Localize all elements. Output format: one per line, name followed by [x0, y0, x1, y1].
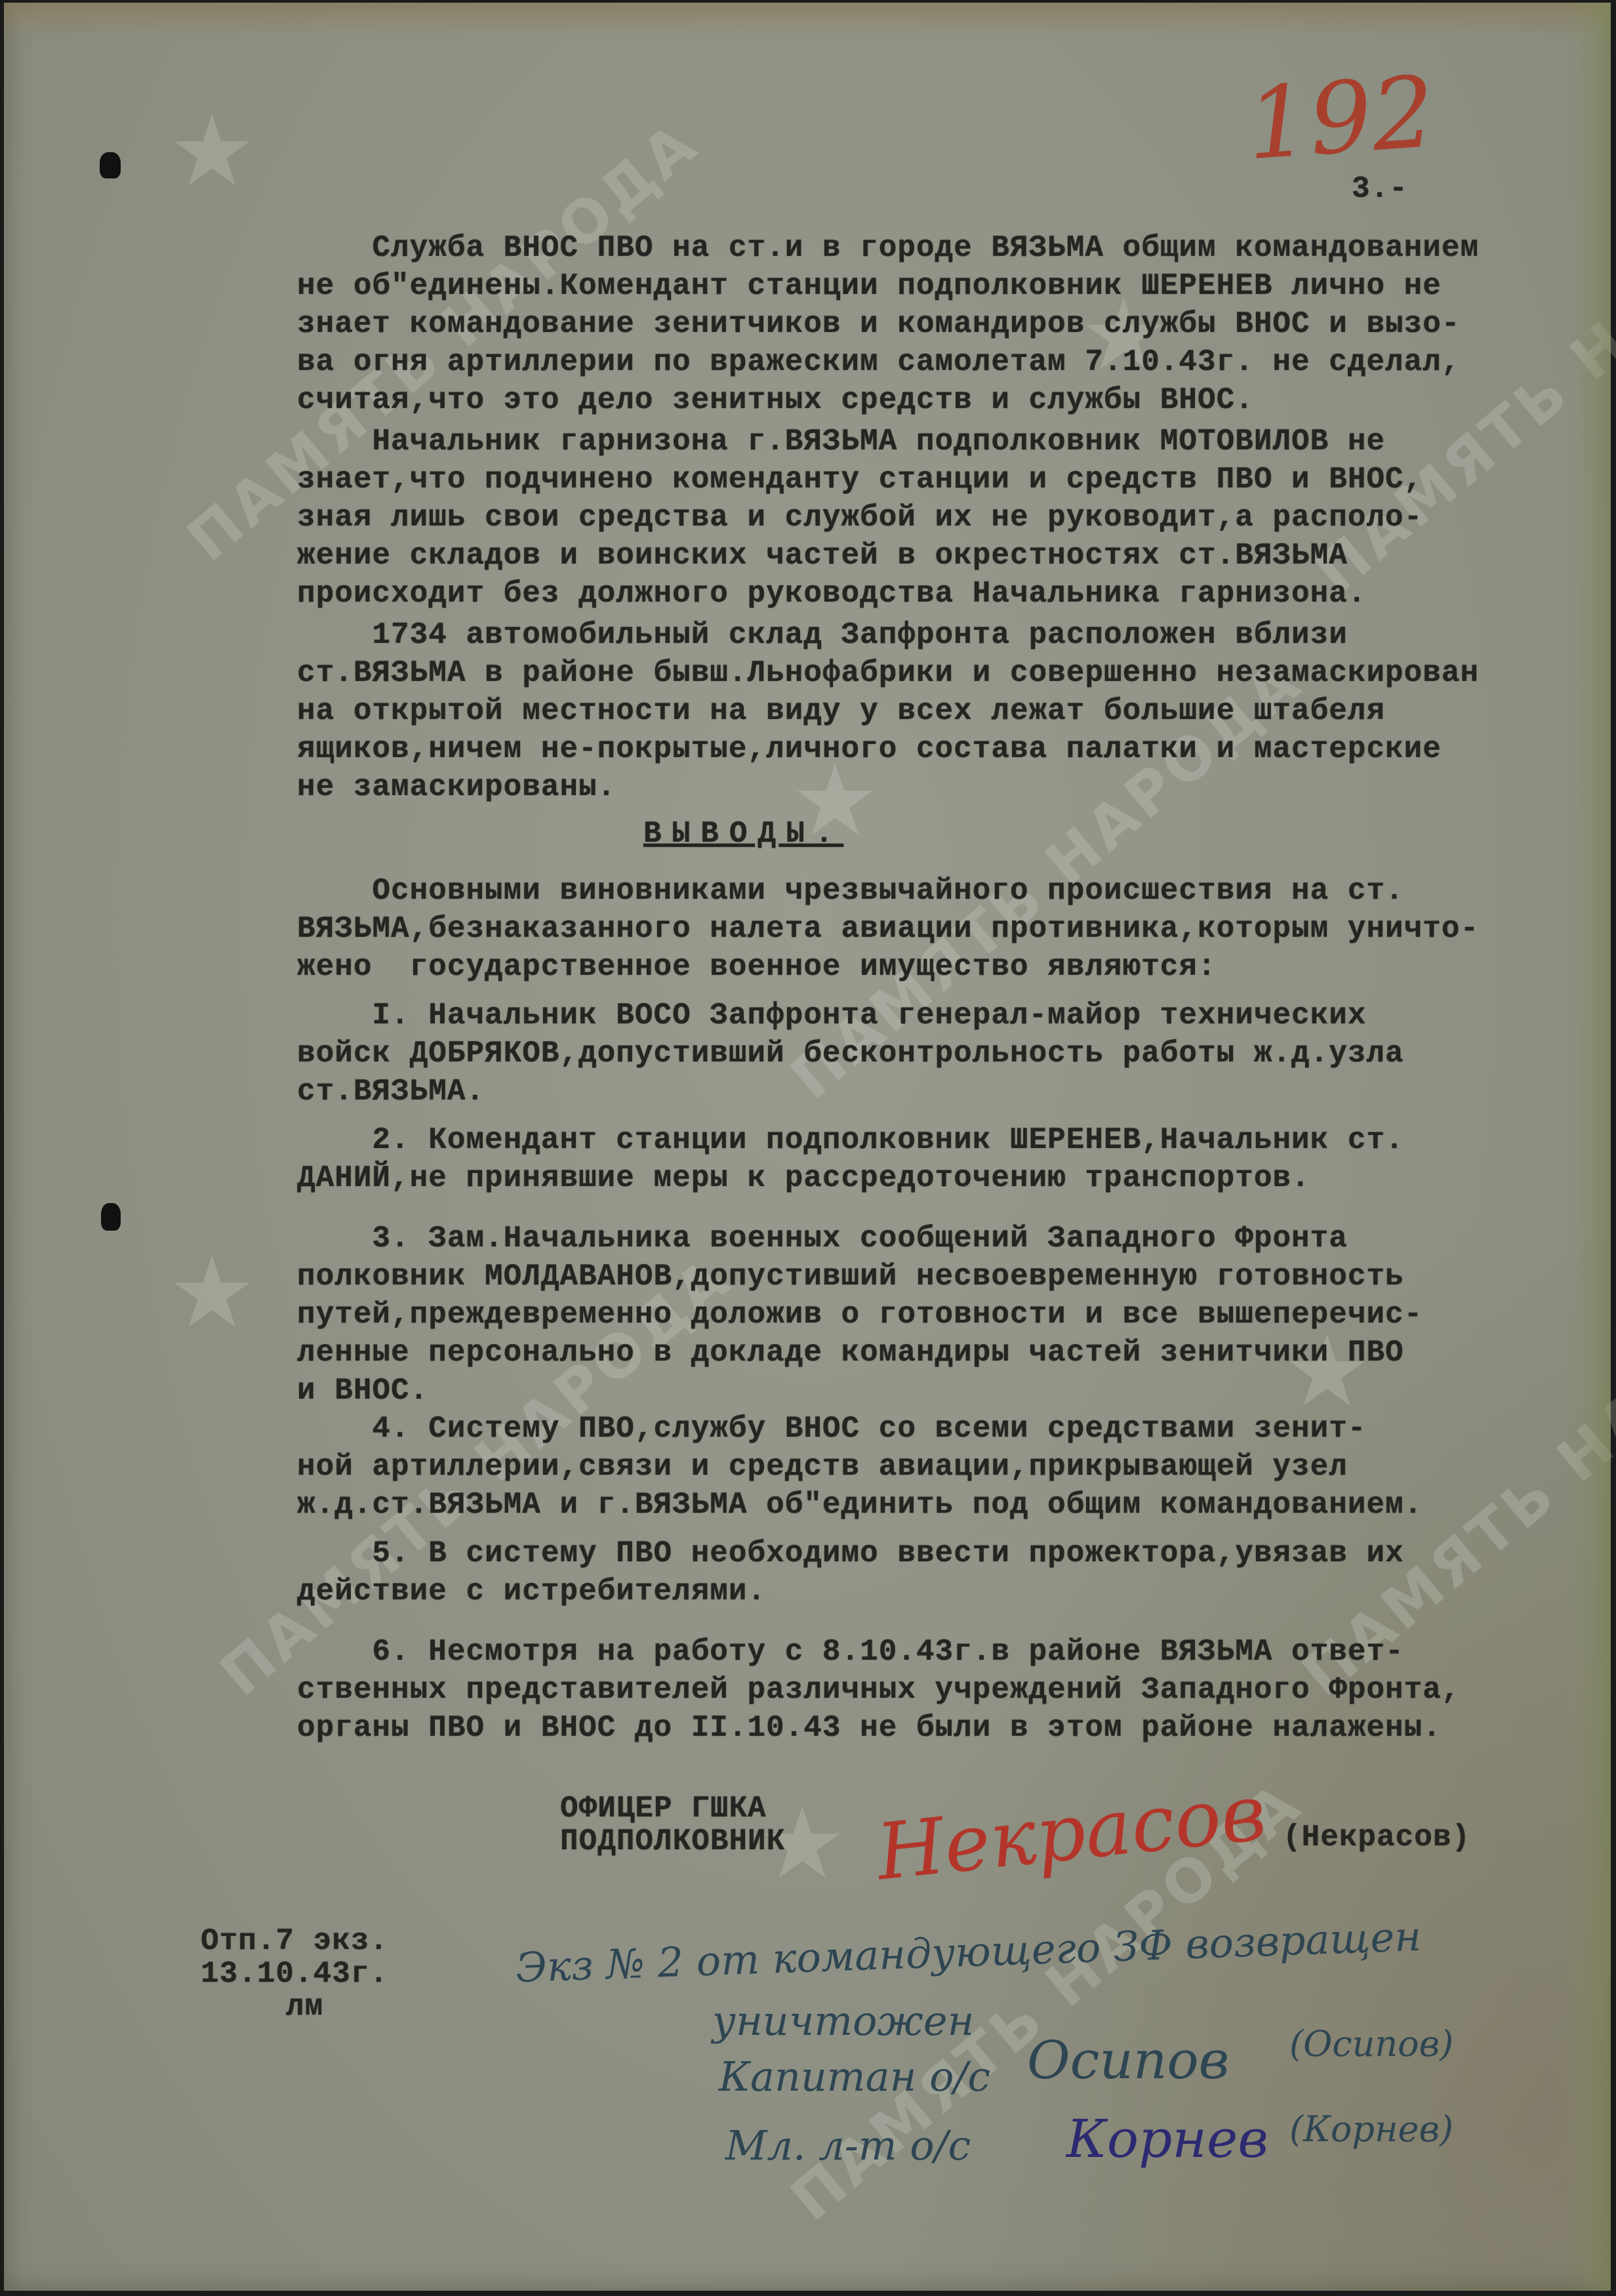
conclusion-item-1: I. Начальник ВОСО Запфронта генерал-майо… [297, 996, 1602, 1111]
watermark-star-icon: ★ [168, 1236, 256, 1350]
typist-initials: лм [201, 1990, 388, 2023]
hole-punch-mark [100, 152, 121, 178]
handwritten-signature: Некрасов [872, 1767, 1270, 1897]
paragraph-vnos-service: Служба ВНОС ПВО на ст.и в городе ВЯЗЬМА … [297, 229, 1602, 419]
handwritten-note-line4: Мл. л-т о/с [725, 2122, 971, 2169]
conclusion-item-3: 3. Зам.Начальника военных сообщений Запа… [297, 1220, 1602, 1410]
conclusion-item-6: 6. Несмотря на работу с 8.10.43г.в район… [297, 1633, 1602, 1747]
outgoing-copies: Отп.7 экз. [201, 1925, 388, 1958]
outgoing-date: 13.10.43г. [201, 1958, 388, 1990]
conclusions-heading: ВЫВОДЫ. [643, 815, 843, 853]
handwritten-note-line2: уничтожен [712, 1997, 974, 2045]
signatory-title: ОФИЦЕР ГШКА ПОДПОЛКОВНИК [560, 1792, 785, 1858]
hole-punch-mark [101, 1203, 121, 1231]
paragraph-warehouse: 1734 автомобильный склад Запфронта распо… [297, 616, 1602, 806]
conclusion-item-4: 4. Систему ПВО,службу ВНОС со всеми сред… [297, 1410, 1602, 1524]
document-page: ★ ПАМЯТЬ НАРОДА ★ ПАМЯТЬ НАРОДА ★ ПАМЯТЬ… [4, 3, 1611, 2291]
paragraph-garrison-chief: Начальник гарнизона г.ВЯЗЬМА подполковни… [297, 422, 1602, 613]
outgoing-notation: Отп.7 экз. 13.10.43г. лм [201, 1925, 388, 2023]
signatory-name: (Некрасов) [1283, 1818, 1470, 1856]
signatory-title-line2: ПОДПОЛКОВНИК [560, 1825, 785, 1858]
handwritten-signature-2: Корнев [1066, 2108, 1268, 2169]
handwritten-note-line3: Капитан о/с [719, 2053, 990, 2101]
conclusion-item-5: 5. В систему ПВО необходимо ввести проже… [297, 1534, 1602, 1610]
signatory-title-line1: ОФИЦЕР ГШКА [560, 1792, 785, 1825]
handwritten-note-line1: Экз № 2 от командующего ЗФ возвращен [515, 1912, 1422, 1992]
watermark-star-icon: ★ [168, 94, 256, 209]
handwritten-signature-1: Осипов [1027, 2030, 1229, 2091]
conclusion-item-2: 2. Комендант станции подполковник ШЕРЕНЕ… [297, 1121, 1602, 1197]
archive-page-number: 192 [1243, 55, 1438, 182]
handwritten-signature-1-name: (Осипов) [1289, 2023, 1453, 2064]
page-number: 3.- [1352, 170, 1408, 208]
handwritten-signature-2-name: (Корнев) [1289, 2108, 1453, 2150]
conclusions-intro: Основными виновниками чрезвычайного прои… [297, 872, 1602, 986]
